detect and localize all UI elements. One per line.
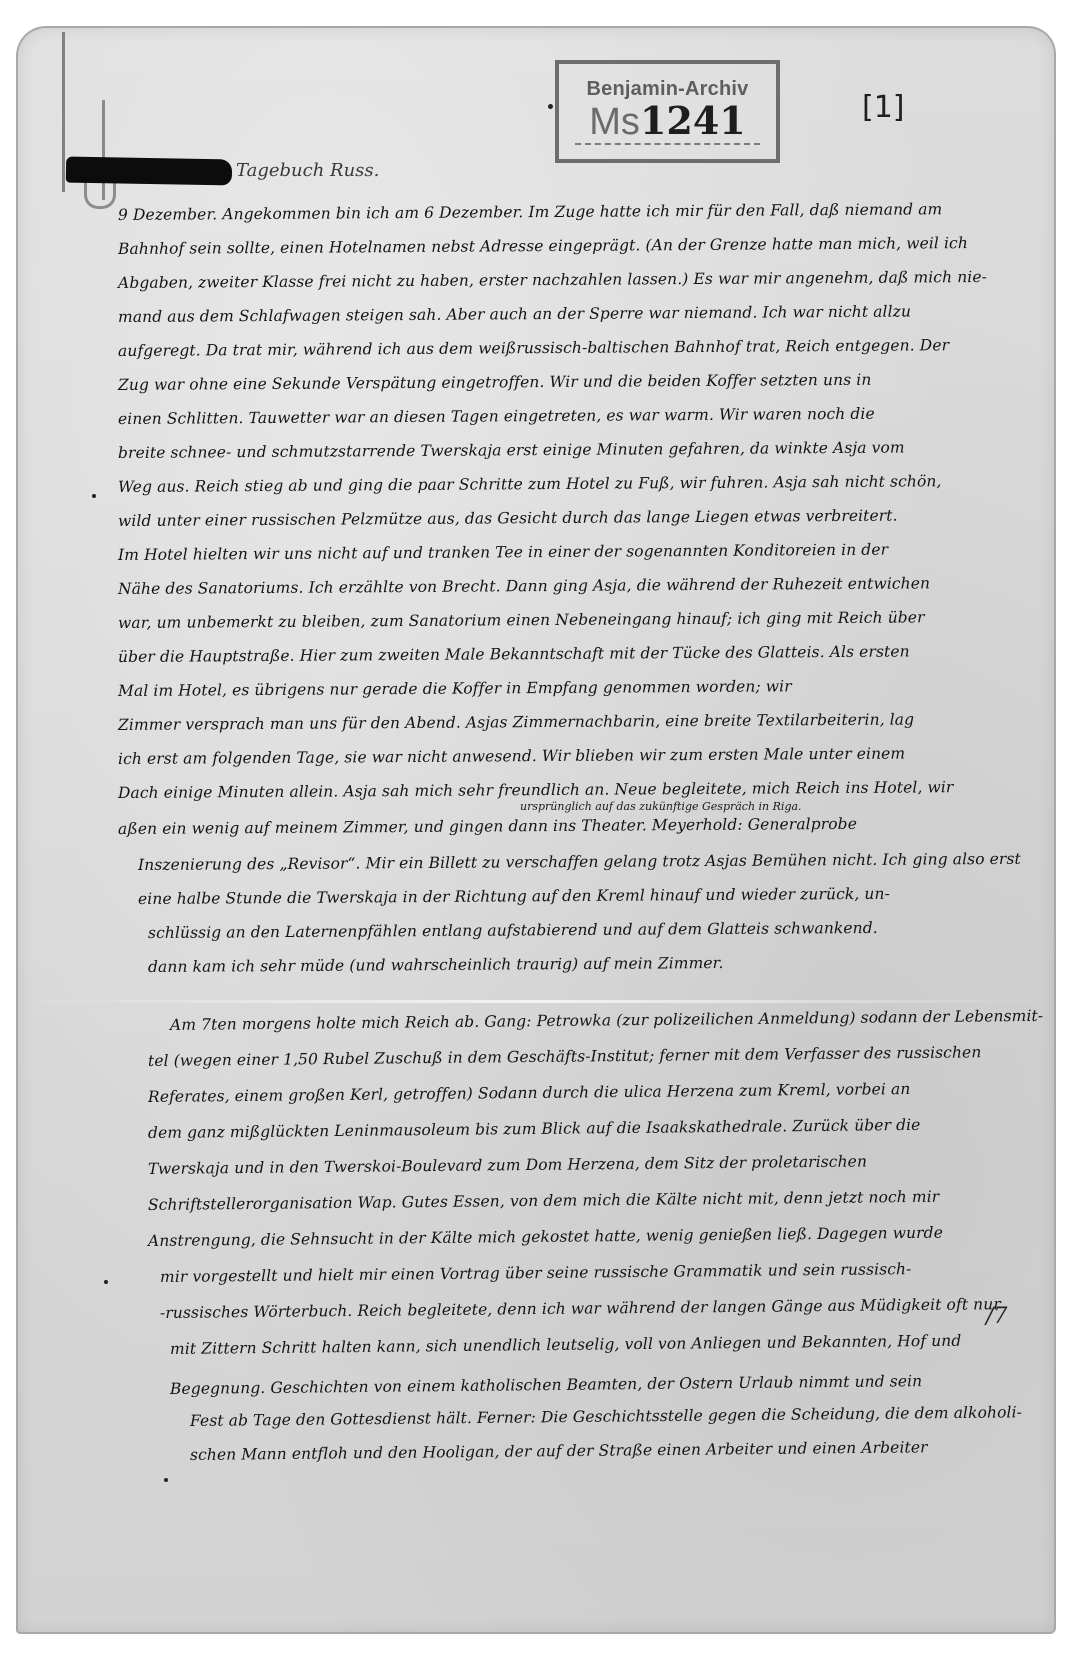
stamp-prefix: Ms [589, 101, 640, 143]
pencil-margin-line [62, 32, 65, 192]
stamp-dashed-line [575, 143, 760, 145]
stamp-shelfmark: Ms1241 [559, 101, 776, 142]
paper-fold-crease [16, 1000, 1056, 1003]
margin-mark: /7 [986, 1304, 1007, 1329]
pencil-hook-mark [84, 180, 116, 209]
interlinear-insertion: ursprünglich auf das zukünftige Gespräch… [520, 800, 802, 813]
heading-tail: Tagebuch Russ. [236, 160, 379, 181]
ink-dot [92, 494, 96, 498]
ink-dot [164, 1478, 168, 1482]
archive-stamp: Benjamin-Archiv Ms1241 [555, 60, 780, 163]
redacted-heading [66, 157, 232, 186]
ink-dot [548, 104, 553, 109]
page-number: [1] [862, 90, 905, 125]
stamp-number: 1241 [640, 98, 746, 143]
ink-dot [104, 1280, 108, 1284]
